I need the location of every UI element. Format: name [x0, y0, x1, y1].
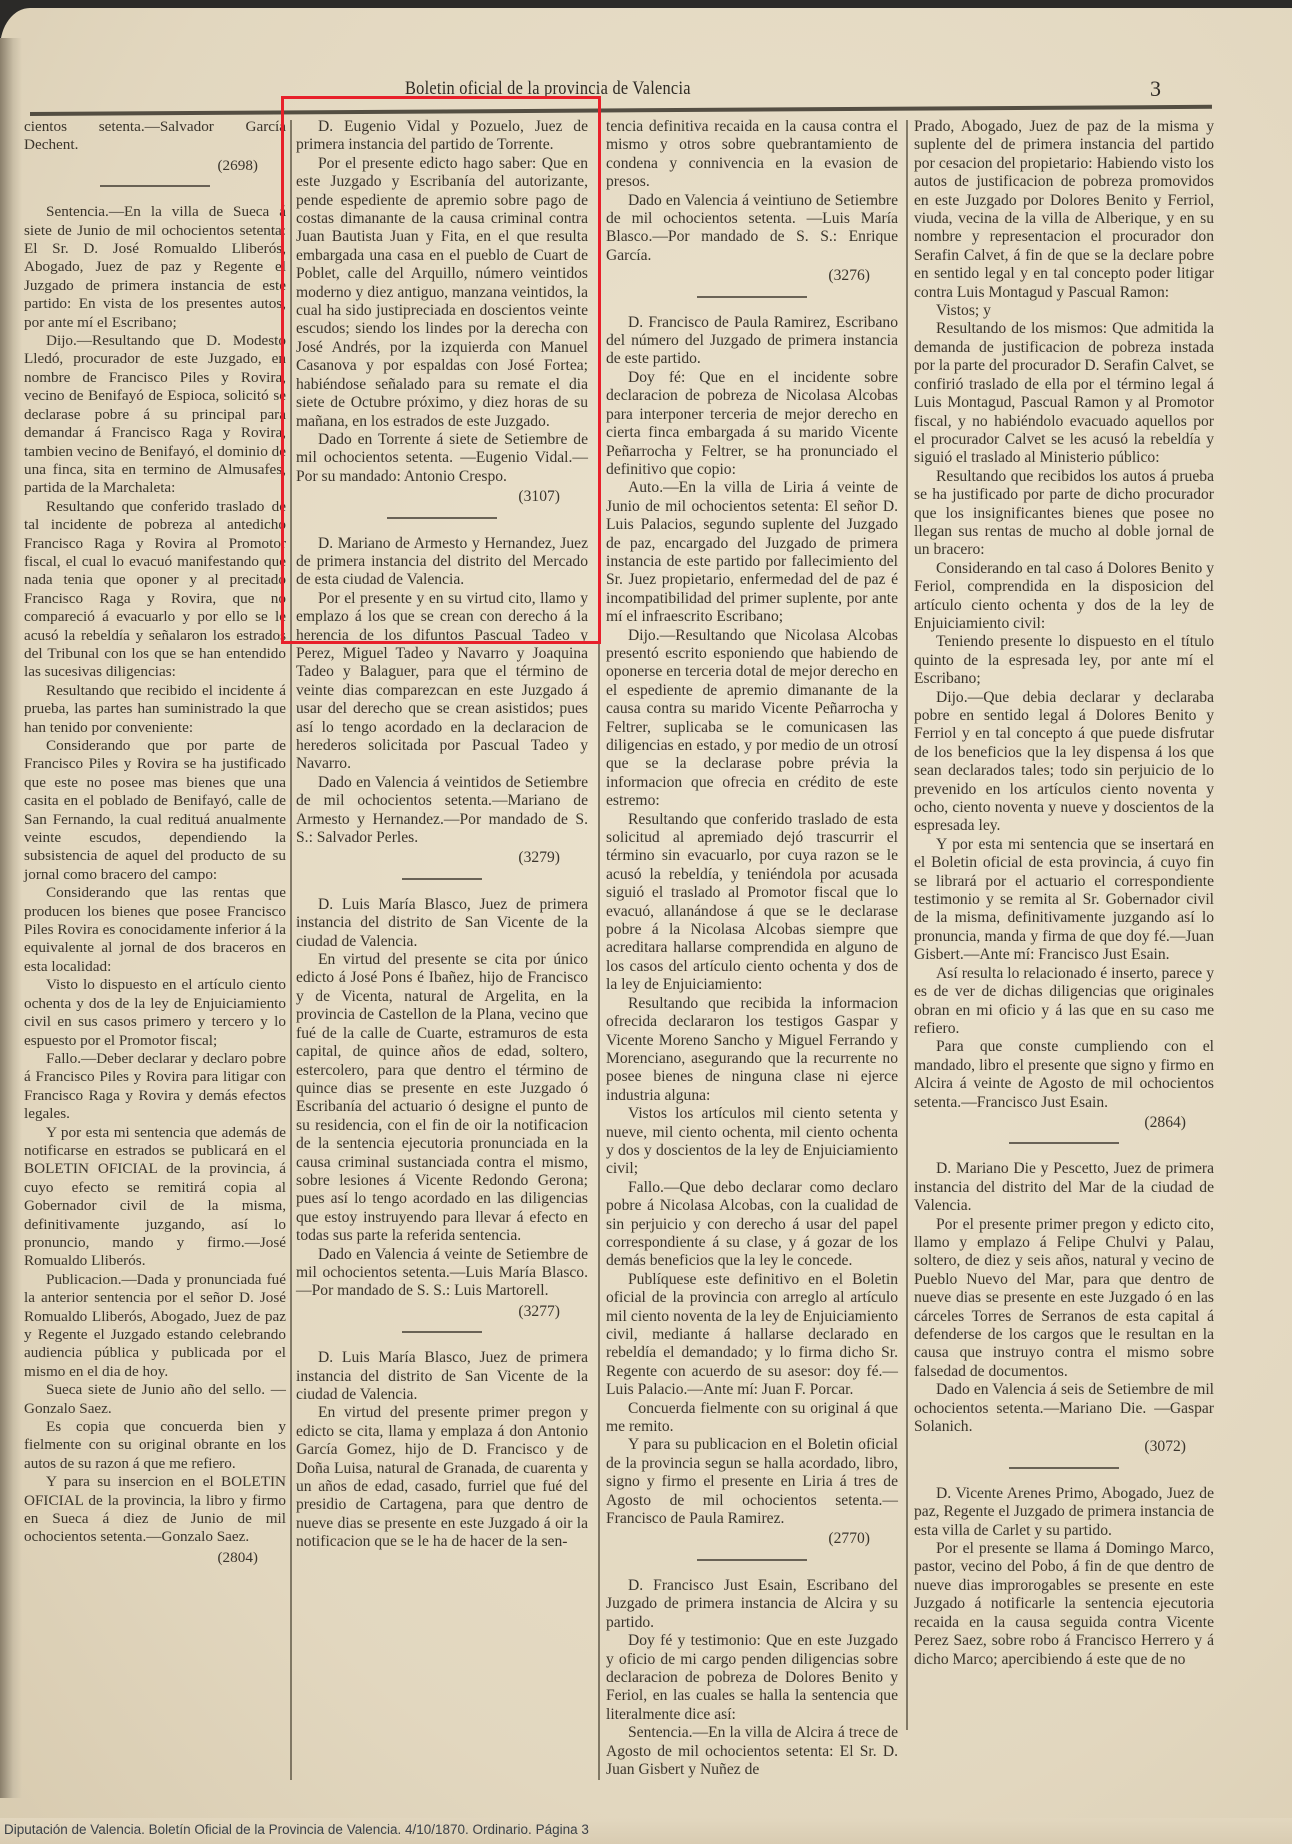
archive-caption: Diputación de Valencia. Boletín Oficial … [4, 1822, 589, 1837]
notice-paragraph: Dijo.—Resultando que Nicolasa Alcobas pr… [606, 627, 898, 811]
notice-paragraph: Vistos los artículos mil ciento setenta … [606, 1105, 898, 1179]
notice-paragraph: Dado en Torrente á siete de Setiembre de… [296, 431, 588, 486]
section-separator [402, 1331, 482, 1333]
column-divider [598, 120, 600, 1780]
section-separator [100, 185, 210, 187]
notice-paragraph: Dado en Valencia á seis de Setiembre de … [914, 1381, 1214, 1436]
column-4: Prado, Abogado, Juez de paz de la misma … [914, 118, 1214, 1669]
notice-paragraph: Visto lo dispuesto en el artículo ciento… [24, 976, 286, 1050]
column-3: tencia definitiva recaida en la causa co… [606, 118, 898, 1779]
notice-reference-number: (3107) [296, 488, 588, 506]
notice-paragraph: Considerando en tal caso á Dolores Benit… [914, 560, 1214, 634]
notice-reference-number: (2698) [24, 157, 286, 175]
section-separator [1009, 1142, 1119, 1144]
notice-paragraph: Por el presente primer pregon y edicto c… [914, 1216, 1214, 1382]
notice-paragraph: tencia definitiva recaida en la causa co… [606, 118, 898, 192]
section-separator [697, 296, 807, 298]
notice-heading-paragraph: D. Francisco de Paula Ramirez, Escribano… [606, 314, 898, 369]
notice-paragraph: Considerando que las rentas que producen… [24, 884, 286, 976]
notice-paragraph: Dado en Valencia á veintidos de Setiembr… [296, 774, 588, 848]
page-header: Boletin oficial de la provincia de Valen… [0, 74, 1292, 104]
notice-paragraph: Sentencia.—En la villa de Alcira á trece… [606, 1724, 898, 1779]
archive-caption-bar: Diputación de Valencia. Boletín Oficial … [0, 1818, 1292, 1844]
notice-reference-number: (3072) [914, 1438, 1214, 1456]
section-separator [1009, 1467, 1119, 1469]
notice-paragraph: En virtud del presente se cita por único… [296, 951, 588, 1246]
notice-paragraph: Es copia que concuerda bien y fielmente … [24, 1418, 286, 1473]
notice-paragraph: Resultando que recibida la informacion o… [606, 995, 898, 1105]
notice-paragraph: Así resulta lo relacionado é inserto, pa… [914, 965, 1214, 1039]
binding-shadow [0, 38, 22, 1798]
section-separator [697, 1559, 807, 1561]
notice-paragraph: Por el presente se llama á Domingo Marco… [914, 1540, 1214, 1669]
notice-paragraph: Prado, Abogado, Juez de paz de la misma … [914, 118, 1214, 302]
notice-paragraph: Sueca siete de Junio año del sello. —Gon… [24, 1381, 286, 1418]
notice-paragraph: Teniendo presente lo dispuesto en el tít… [914, 633, 1214, 688]
column-1: cientos setenta.—Salvador García Dechent… [24, 118, 286, 1573]
notice-reference-number: (3277) [296, 1303, 588, 1321]
notice-paragraph: Y para su publicacion en el Boletin ofic… [606, 1436, 898, 1528]
publication-title: Boletin oficial de la provincia de Valen… [405, 78, 691, 100]
notice-reference-number: (2864) [914, 1114, 1214, 1132]
notice-paragraph: Concuerda fielmente con su original á qu… [606, 1400, 898, 1437]
notice-reference-number: (3276) [606, 267, 898, 285]
notice-paragraph: Auto.—En la villa de Liria á veinte de J… [606, 479, 898, 626]
notice-paragraph: Resultando que conferido traslado de est… [606, 811, 898, 995]
notice-paragraph: Doy fé: Que en el incidente sobre declar… [606, 369, 898, 479]
notice-paragraph: Resultando que conferido traslado de tal… [24, 498, 286, 682]
notice-paragraph: En virtud del presente primer pregon y e… [296, 1404, 588, 1551]
notice-paragraph: Dado en Valencia á veinte de Setiembre d… [296, 1246, 588, 1301]
notice-paragraph: Fallo.—Deber declarar y declaro pobre á … [24, 1050, 286, 1124]
column-divider [290, 120, 292, 1780]
notice-heading-paragraph: D. Mariano Die y Pescetto, Juez de prime… [914, 1160, 1214, 1215]
notice-paragraph: Por el presente y en su virtud cito, lla… [296, 590, 588, 774]
notice-paragraph: Dado en Valencia á veintiuno de Setiembr… [606, 192, 898, 266]
notice-reference-number: (2770) [606, 1530, 898, 1548]
notice-heading-paragraph: D. Eugenio Vidal y Pozuelo, Juez de prim… [296, 118, 588, 155]
notice-paragraph: Vistos; y [914, 302, 1214, 320]
notice-heading-paragraph: D. Mariano de Armesto y Hernandez, Juez … [296, 535, 588, 590]
notice-paragraph: Fallo.—Que debo declarar como declaro po… [606, 1179, 898, 1271]
notice-paragraph: Por el presente edicto hago saber: Que e… [296, 155, 588, 431]
notice-paragraph: cientos setenta.—Salvador García Dechent… [24, 118, 286, 155]
notice-paragraph: Y por esta mi sentencia que además de no… [24, 1124, 286, 1271]
notice-reference-number: (3279) [296, 849, 588, 867]
notice-paragraph: Considerando que por parte de Francisco … [24, 737, 286, 884]
header-rule [30, 105, 1212, 116]
notice-heading-paragraph: D. Luis María Blasco, Juez de primera in… [296, 896, 588, 951]
section-separator [387, 517, 497, 519]
notice-paragraph: Para que conste cumpliendo con el mandad… [914, 1038, 1214, 1112]
notice-heading-paragraph: D. Vicente Arenes Primo, Abogado, Juez d… [914, 1485, 1214, 1540]
notice-paragraph: Publicacion.—Dada y pronunciada fué la a… [24, 1271, 286, 1381]
notice-paragraph: Y para su insercion en el BOLETIN OFICIA… [24, 1473, 286, 1547]
page-number: 3 [1150, 76, 1161, 102]
notice-heading-paragraph: D. Luis María Blasco, Juez de primera in… [296, 1349, 588, 1404]
section-separator [402, 878, 482, 880]
notice-paragraph: Dijo.—Que debia declarar y declaraba pob… [914, 689, 1214, 836]
notice-paragraph: Dijo.—Resultando que D. Modesto Lledó, p… [24, 332, 286, 498]
notice-paragraph: Resultando de los mismos: Que admitida l… [914, 320, 1214, 467]
notice-paragraph: Resultando que recibido el incidente á p… [24, 682, 286, 737]
notice-paragraph: Resultando que recibidos los autos á pru… [914, 468, 1214, 560]
notice-reference-number: (2804) [24, 1549, 286, 1567]
notice-paragraph: Doy fé y testimonio: Que en este Juzgado… [606, 1632, 898, 1724]
notice-paragraph: Publíquese este definitivo en el Boletin… [606, 1271, 898, 1400]
column-2: D. Eugenio Vidal y Pozuelo, Juez de prim… [296, 118, 588, 1552]
column-divider [906, 120, 908, 1730]
notice-paragraph: Y por esta mi sentencia que se insertará… [914, 836, 1214, 965]
newspaper-page: Boletin oficial de la provincia de Valen… [0, 8, 1292, 1844]
notice-heading-paragraph: D. Francisco Just Esain, Escribano del J… [606, 1577, 898, 1632]
notice-paragraph: Sentencia.—En la villa de Sueca á siete … [24, 203, 286, 332]
